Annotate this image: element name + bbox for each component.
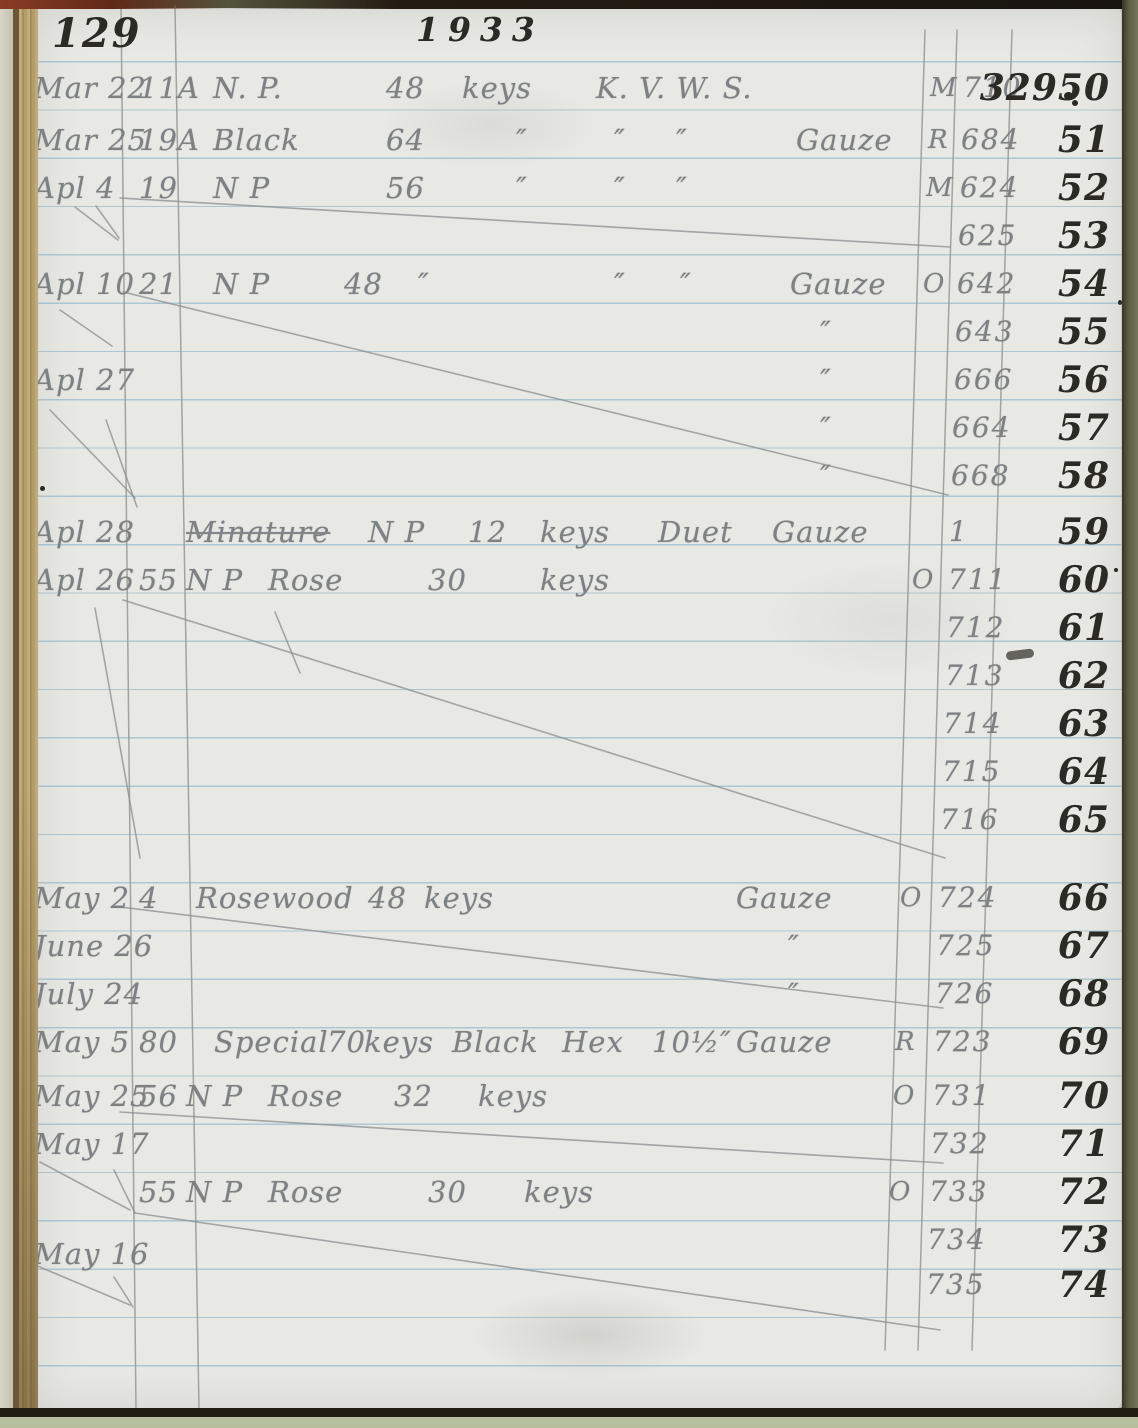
sequence-number-cell: 65 — [1058, 796, 1110, 844]
date-cell: May 17 — [34, 1120, 150, 1168]
sequence-number-cell: 70 — [1058, 1072, 1110, 1120]
serial-number-cell: 731 — [932, 1072, 991, 1120]
ledger-photo: 129 1933 Mar 2211AN. P.48keysK. V. W. S.… — [0, 0, 1138, 1428]
description-segment: ″ — [676, 164, 688, 212]
sequence-number-cell: 58 — [1058, 452, 1110, 500]
serial-number-cell: 724 — [938, 874, 997, 922]
description-segment: K. V. W. S. — [596, 64, 753, 112]
status-letter-cell: O — [889, 1168, 911, 1216]
description-segment: Black — [452, 1018, 539, 1066]
binding-shadow — [19, 785, 38, 1428]
ledger-row: ″66457 — [0, 404, 1138, 452]
serial-number-cell: 732 — [930, 1120, 989, 1168]
serial-number-cell: 734 — [927, 1216, 986, 1264]
serial-number-cell: 642 — [957, 260, 1016, 308]
date-cell: Apl 10 — [34, 260, 135, 308]
ledger-row: Apl 1021N P48″″″GauzeO64254 — [0, 260, 1138, 308]
date-cell: Apl 28 — [34, 508, 135, 556]
ledger-row: May 1673473 — [0, 1216, 1138, 1264]
sequence-number-cell: 73 — [1058, 1216, 1110, 1264]
serial-number-cell: 666 — [954, 356, 1013, 404]
description-segment: Gauze — [796, 116, 893, 164]
description-segment: Special — [214, 1018, 329, 1066]
description-segment: 30 — [428, 1168, 467, 1216]
ledger-row: 71564 — [0, 748, 1138, 796]
serial-number-cell: 684 — [961, 116, 1020, 164]
status-letter-cell: M — [930, 64, 958, 112]
status-letter-cell: M — [926, 164, 954, 212]
model-number-cell: 55 — [139, 556, 178, 604]
ledger-row: Apl 2655N PRose30keysO71160 — [0, 556, 1138, 604]
description-segment: 48 — [386, 64, 425, 112]
serial-number-cell: 715 — [942, 748, 1001, 796]
description-segment: N P — [368, 508, 425, 556]
sequence-number-cell: 56 — [1058, 356, 1110, 404]
model-number-cell: 56 — [139, 1072, 178, 1120]
description-segment: ″ — [820, 404, 832, 452]
ledger-row: July 24″72668 — [0, 970, 1138, 1018]
description-segment: 30 — [428, 556, 467, 604]
sequence-number-cell: 61 — [1058, 604, 1110, 652]
description-segment: 70 — [327, 1018, 366, 1066]
description-segment: ″ — [676, 116, 688, 164]
description-segment: N P — [186, 1168, 243, 1216]
serial-number-cell: 624 — [960, 164, 1019, 212]
description-segment: N P — [213, 260, 270, 308]
model-number-cell: 19A — [139, 116, 200, 164]
ledger-row: Apl 28MinatureN P12keysDuetGauze159 — [0, 508, 1138, 556]
description-segment: ″ — [516, 116, 528, 164]
sequence-number-cell: 66 — [1058, 874, 1110, 922]
model-number-cell: 55 — [139, 1168, 178, 1216]
ledger-row: ″66858 — [0, 452, 1138, 500]
sequence-number-cell: 64 — [1058, 748, 1110, 796]
book-left-edge — [0, 0, 14, 1428]
date-cell: May 25 — [34, 1072, 150, 1120]
sequence-number-cell: 72 — [1058, 1168, 1110, 1216]
ledger-row: Apl 419N P56″″″M62452 — [0, 164, 1138, 212]
description-segment: keys — [478, 1072, 548, 1120]
description-segment: ″ — [614, 260, 626, 308]
description-segment: 48 — [368, 874, 407, 922]
status-letter-cell: R — [895, 1018, 916, 1066]
ledger-row: May 2556N PRose32keysO73170 — [0, 1072, 1138, 1120]
description-segment: ″ — [788, 970, 800, 1018]
description-segment: ″ — [820, 356, 832, 404]
description-segment: Rosewood — [196, 874, 354, 922]
ledger-row: 71362 — [0, 652, 1138, 700]
sequence-number-cell: 69 — [1058, 1018, 1110, 1066]
sequence-number-cell: 62 — [1058, 652, 1110, 700]
serial-number-cell: 716 — [940, 796, 999, 844]
ledger-rows: Mar 2211AN. P.48keysK. V. W. S.M71032950… — [0, 0, 1138, 1428]
serial-number-cell: 733 — [929, 1168, 988, 1216]
serial-number-cell: 712 — [946, 604, 1005, 652]
serial-number-cell: 643 — [955, 308, 1014, 356]
description-segment: keys — [364, 1018, 434, 1066]
sequence-number-cell: 59 — [1058, 508, 1110, 556]
date-cell: Mar 25 — [34, 116, 147, 164]
description-segment: ″ — [614, 164, 626, 212]
status-letter-cell: O — [923, 260, 945, 308]
ink-speck — [40, 486, 45, 491]
ledger-row: 62553 — [0, 212, 1138, 260]
serial-number-cell: 668 — [951, 452, 1010, 500]
description-segment: keys — [540, 508, 610, 556]
model-number-cell: 11A — [139, 64, 200, 112]
date-cell: Apl 4 — [34, 164, 115, 212]
description-segment: 12 — [468, 508, 507, 556]
ledger-row: Apl 27″66656 — [0, 356, 1138, 404]
description-segment: Black — [213, 116, 300, 164]
serial-number-cell: 1 — [949, 508, 969, 556]
date-cell: May 2 — [34, 874, 130, 922]
status-letter-cell: O — [893, 1072, 915, 1120]
description-segment: Gauze — [790, 260, 887, 308]
description-segment: N P — [213, 164, 270, 212]
description-segment: Hex — [562, 1018, 624, 1066]
description-segment: Rose — [268, 1168, 343, 1216]
model-number-cell: 19 — [139, 164, 178, 212]
description-segment: Rose — [268, 556, 343, 604]
ledger-row: Mar 2519ABlack64″″″GauzeR68451 — [0, 116, 1138, 164]
sequence-number-cell: 71 — [1058, 1120, 1110, 1168]
description-segment: N P — [186, 556, 243, 604]
sequence-number-cell: 67 — [1058, 922, 1110, 970]
sequence-number-cell: 32950 — [980, 64, 1110, 112]
ledger-row: 71463 — [0, 700, 1138, 748]
description-segment: ″ — [418, 260, 430, 308]
ink-speck — [1064, 92, 1073, 100]
serial-number-cell: 723 — [933, 1018, 992, 1066]
serial-number-cell: 711 — [948, 556, 1007, 604]
ledger-row: Mar 2211AN. P.48keysK. V. W. S.M71032950 — [0, 64, 1138, 112]
description-segment: keys — [540, 556, 610, 604]
date-cell: Apl 27 — [34, 356, 135, 404]
model-number-cell: 21 — [139, 260, 178, 308]
date-cell: July 24 — [34, 970, 143, 1018]
date-cell: Apl 26 — [34, 556, 135, 604]
serial-number-cell: 725 — [936, 922, 995, 970]
description-segment: 32 — [394, 1072, 433, 1120]
date-cell: June 26 — [34, 922, 153, 970]
sequence-number-cell: 68 — [1058, 970, 1110, 1018]
status-letter-cell: O — [912, 556, 934, 604]
book-bottom-edge — [0, 1408, 1138, 1417]
description-segment: 56 — [386, 164, 425, 212]
serial-number-cell: 625 — [958, 212, 1017, 260]
ledger-row: ″64355 — [0, 308, 1138, 356]
sequence-number-cell: 51 — [1058, 116, 1110, 164]
ledger-row: 71665 — [0, 796, 1138, 844]
description-segment: Gauze — [736, 874, 833, 922]
ink-speck — [1072, 100, 1078, 106]
description-segment: ″ — [820, 452, 832, 500]
sequence-number-cell: 52 — [1058, 164, 1110, 212]
description-segment: ″ — [516, 164, 528, 212]
description-segment: keys — [462, 64, 532, 112]
photo-top-edge — [0, 0, 1138, 9]
description-segment: Minature — [186, 508, 330, 556]
description-segment: ″ — [820, 308, 832, 356]
ledger-row: 73574 — [0, 1261, 1138, 1309]
description-segment: 48 — [344, 260, 383, 308]
serial-number-cell: 726 — [935, 970, 994, 1018]
description-segment: Duet — [658, 508, 733, 556]
sequence-number-cell: 63 — [1058, 700, 1110, 748]
date-cell: May 5 — [34, 1018, 130, 1066]
serial-number-cell: 714 — [943, 700, 1002, 748]
sequence-number-cell: 54 — [1058, 260, 1110, 308]
serial-number-cell: 713 — [945, 652, 1004, 700]
description-segment: 64 — [386, 116, 425, 164]
description-segment: ″ — [680, 260, 692, 308]
photo-bottom-edge — [0, 1417, 1138, 1428]
description-segment: 10½″ — [652, 1018, 732, 1066]
sequence-number-cell: 57 — [1058, 404, 1110, 452]
status-letter-cell: O — [900, 874, 922, 922]
status-letter-cell: R — [928, 116, 949, 164]
description-segment: Rose — [268, 1072, 343, 1120]
description-segment: N P — [186, 1072, 243, 1120]
ink-speck — [1114, 568, 1118, 572]
ledger-row: May 24Rosewood48keysGauzeO72466 — [0, 874, 1138, 922]
description-segment: keys — [424, 874, 494, 922]
sequence-number-cell: 55 — [1058, 308, 1110, 356]
description-segment: ″ — [788, 922, 800, 970]
description-segment: N. P. — [213, 64, 283, 112]
description-segment: Gauze — [772, 508, 869, 556]
sequence-number-cell: 74 — [1058, 1261, 1110, 1309]
ledger-row: June 26″72567 — [0, 922, 1138, 970]
ledger-row: May 1773271 — [0, 1120, 1138, 1168]
sequence-number-cell: 53 — [1058, 212, 1110, 260]
model-number-cell: 80 — [139, 1018, 178, 1066]
ledger-row: 71261 — [0, 604, 1138, 652]
photo-right-edge — [1122, 0, 1138, 1428]
ledger-row: May 580Special70keysBlackHex10½″GauzeR72… — [0, 1018, 1138, 1066]
date-cell: Mar 22 — [34, 64, 147, 112]
model-number-cell: 4 — [139, 874, 158, 922]
serial-number-cell: 664 — [952, 404, 1011, 452]
description-segment: ″ — [614, 116, 626, 164]
sequence-number-cell: 60 — [1058, 556, 1110, 604]
description-segment: keys — [524, 1168, 594, 1216]
serial-number-cell: 735 — [926, 1261, 985, 1309]
description-segment: Gauze — [736, 1018, 833, 1066]
ledger-row: 55N PRose30keysO73372 — [0, 1168, 1138, 1216]
